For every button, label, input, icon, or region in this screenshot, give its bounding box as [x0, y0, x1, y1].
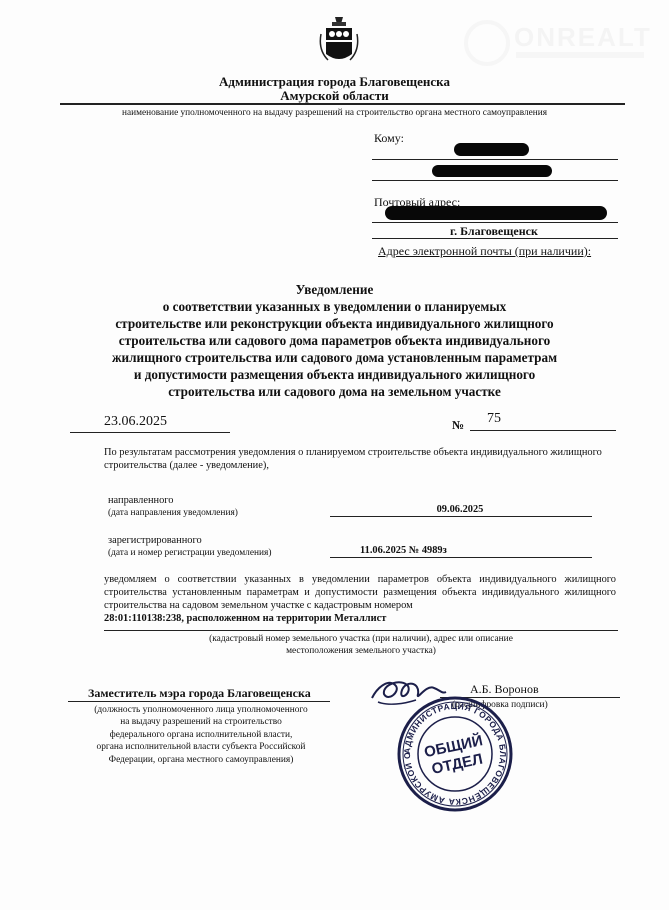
to-line-2 [372, 180, 618, 181]
intro-paragraph: По результатам рассмотрения уведомления … [104, 446, 620, 472]
document-number: 75 [487, 411, 501, 427]
sent-line [330, 516, 592, 517]
title-line: строительства или садового дома на земел… [0, 383, 669, 400]
position-caption-line: Федерации, органа местного самоуправлени… [70, 754, 332, 766]
official-stamp: АДМИНИСТРАЦИЯ ГОРОДА БЛАГОВЕЩЕНСКА АМУРС… [396, 695, 514, 813]
signer-position: Заместитель мэра города Благовещенска [88, 686, 311, 701]
cadastral-caption: (кадастровый номер земельного участка (п… [104, 633, 618, 657]
city-line [372, 238, 618, 239]
document-date: 23.06.2025 [104, 414, 167, 430]
to-label: Кому: [374, 131, 404, 146]
watermark-logo: ONREALT [458, 18, 668, 64]
position-caption-line: (должность уполномоченного лица уполномо… [70, 704, 332, 716]
date-line [70, 432, 230, 433]
number-line [470, 430, 616, 431]
watermark-subtitle [516, 52, 644, 58]
cadastral-caption-line: местоположения земельного участка) [104, 645, 618, 657]
notice-paragraph: уведомляем о соответствии указанных в ув… [104, 573, 616, 625]
to-line-1 [372, 159, 618, 160]
notice-text: уведомляем о соответствии указанных в ув… [104, 574, 616, 611]
title-line: жилищного строительства или садового дом… [0, 349, 669, 366]
title-heading: Уведомление [0, 281, 669, 298]
redacted-recipient-name [454, 143, 529, 156]
email-label: Адрес электронной почты (при наличии): [378, 244, 591, 259]
registered-caption: (дата и номер регистрации уведомления) [108, 547, 271, 560]
sent-label: направленного [108, 494, 173, 507]
redacted-recipient-name-2 [432, 165, 552, 177]
document-title: Уведомление о соответствии указанных в у… [0, 281, 669, 400]
registered-line [330, 557, 592, 558]
title-line: и допустимости размещения объекта индиви… [0, 366, 669, 383]
position-line [68, 701, 330, 702]
position-caption: (должность уполномоченного лица уполномо… [70, 704, 332, 766]
coat-of-arms-icon [318, 14, 360, 70]
sent-value: 09.06.2025 [330, 503, 590, 516]
position-caption-line: на выдачу разрешений на строительство [70, 716, 332, 728]
title-line: строительства или садового дома параметр… [0, 332, 669, 349]
header-divider [60, 103, 625, 105]
position-caption-line: органа исполнительной власти субъекта Ро… [70, 741, 332, 753]
registered-value: 11.06.2025 № 4989з [360, 544, 447, 557]
sent-caption: (дата направления уведомления) [108, 507, 238, 520]
number-label: № [452, 418, 464, 433]
title-line: строительстве или реконструкции объекта … [0, 315, 669, 332]
cadastral-divider [104, 630, 618, 631]
title-line: о соответствии указанных в уведомлении о… [0, 298, 669, 315]
redacted-postal-address [385, 206, 607, 220]
position-caption-line: федерального органа исполнительной власт… [70, 729, 332, 741]
city: г. Благовещенск [450, 224, 538, 239]
cadastral-line: 28:01:110138:238, расположенном на терри… [104, 613, 386, 624]
postal-line [372, 222, 618, 223]
org-region: Амурской области [0, 88, 669, 104]
house-pin-icon [464, 20, 510, 66]
watermark-text: ONREALT [514, 22, 652, 53]
org-caption: наименование уполномоченного на выдачу р… [0, 108, 669, 118]
cadastral-caption-line: (кадастровый номер земельного участка (п… [104, 633, 618, 645]
registered-label: зарегистрированного [108, 534, 202, 547]
